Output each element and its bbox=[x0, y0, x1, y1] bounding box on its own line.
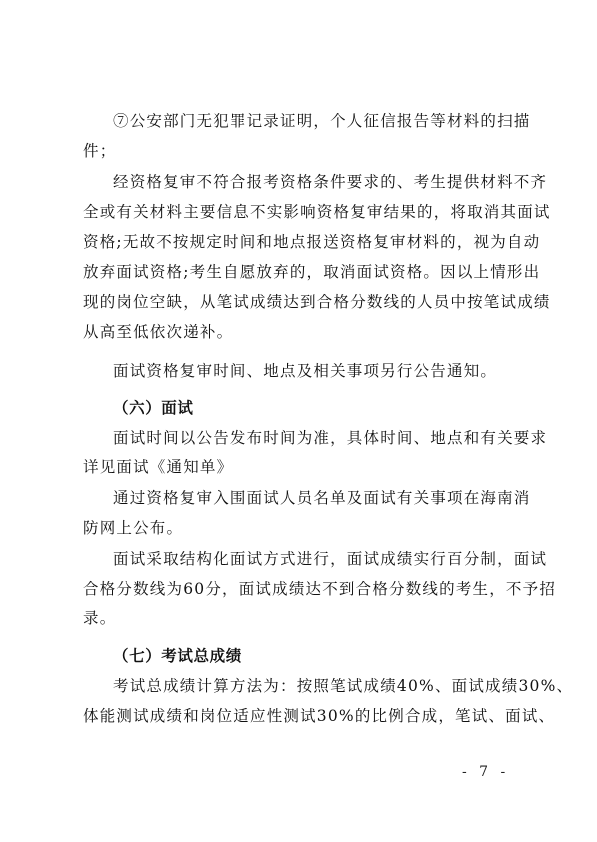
paragraph-line: 防网上公布。 bbox=[83, 518, 513, 538]
paragraph-line: 资格;无故不按规定时间和地点报送资格复审材料的，视为自动 bbox=[83, 232, 513, 252]
paragraph-line: 现的岗位空缺，从笔试成绩达到合格分数线的人员中按笔试成绩 bbox=[83, 292, 513, 312]
paragraph-line: 从高至低依次递补。 bbox=[83, 322, 513, 342]
paragraph-line: 面试采取结构化面试方式进行，面试成绩实行百分制，面试 bbox=[113, 549, 513, 569]
paragraph-line: 面试资格复审时间、地点及相关事项另行公告通知。 bbox=[113, 361, 513, 381]
paragraph-line: 件； bbox=[83, 141, 513, 161]
section-heading-interview: （六）面试 bbox=[113, 398, 513, 418]
paragraph-line: 放弃面试资格;考生自愿放弃的，取消面试资格。因以上情形出 bbox=[83, 262, 513, 282]
paragraph-line: 考试总成绩计算方法为：按照笔试成绩40%、面试成绩30%、 bbox=[113, 676, 513, 696]
page-number: - 7 - bbox=[462, 764, 509, 780]
paragraph-line: 详见面试《通知单》 bbox=[83, 457, 513, 477]
paragraph-line: 经资格复审不符合报考资格条件要求的、考生提供材料不齐 bbox=[113, 172, 513, 192]
paragraph-line: 体能测试成绩和岗位适应性测试30%的比例合成，笔试、面试、 bbox=[83, 706, 513, 726]
section-heading-total-score: （七）考试总成绩 bbox=[113, 646, 513, 666]
paragraph-line: ⑦公安部门无犯罪记录证明，个人征信报告等材料的扫描 bbox=[113, 111, 513, 131]
document-page: ⑦公安部门无犯罪记录证明，个人征信报告等材料的扫描 件； 经资格复审不符合报考资… bbox=[0, 0, 597, 842]
paragraph-line: 通过资格复审入围面试人员名单及面试有关事项在海南消 bbox=[113, 488, 513, 508]
paragraph-line: 录。 bbox=[83, 608, 513, 628]
paragraph-line: 合格分数线为60分，面试成绩达不到合格分数线的考生，不予招 bbox=[83, 579, 513, 599]
paragraph-line: 面试时间以公告发布时间为准，具体时间、地点和有关要求 bbox=[113, 428, 513, 448]
paragraph-line: 全或有关材料主要信息不实影响资格复审结果的，将取消其面试 bbox=[83, 202, 513, 222]
